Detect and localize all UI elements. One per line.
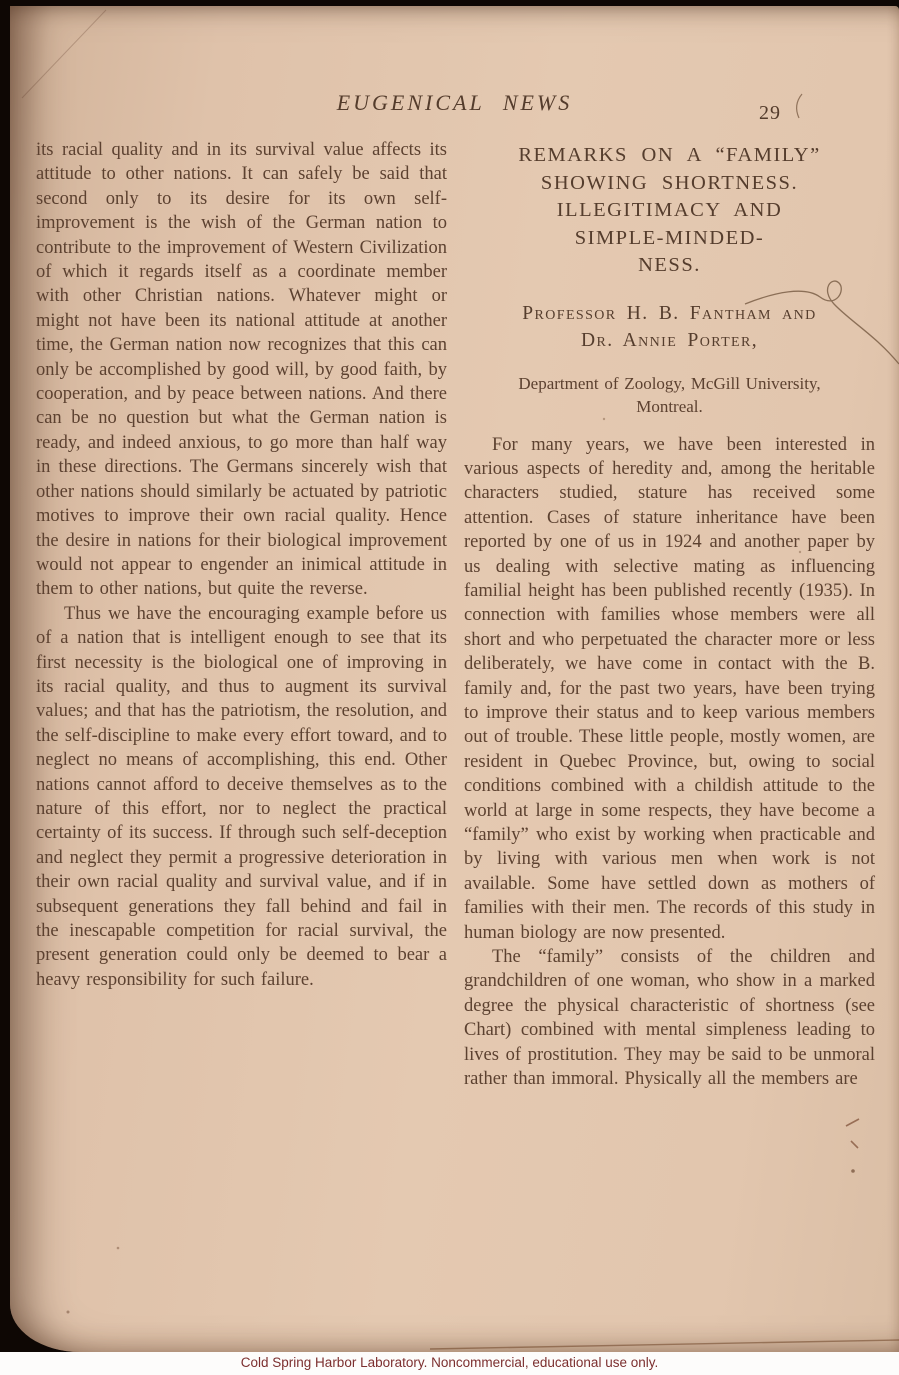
article-title: REMARKS ON A “FAMILY” SHOWING SHORTNESS.… <box>464 142 875 280</box>
scanned-book-spread: EUGENICAL NEWS 29 its racial quality and… <box>0 0 899 1375</box>
scan-artifact-crease <box>22 10 106 98</box>
body-paragraph: The “family” consists of the children an… <box>464 945 875 1091</box>
scan-artifact-speck <box>117 1247 120 1250</box>
author-byline: Professor H. B. Fantham and Dr. Annie Po… <box>464 300 875 354</box>
page-number: 29 <box>759 102 781 125</box>
scan-artifact-margin-mark <box>846 1119 859 1148</box>
article-title-line: SIMPLE-MINDED- <box>464 225 875 253</box>
scan-artifact-page-edge <box>430 1340 899 1349</box>
body-paragraph: For many years, we have been interested … <box>464 433 875 946</box>
author-name: Dr. Annie Porter, <box>464 327 875 354</box>
footer-credit-bar: Cold Spring Harbor Laboratory. Noncommer… <box>0 1352 899 1375</box>
two-column-layout: its racial quality and in its survival v… <box>36 138 875 1091</box>
author-affiliation: Department of Zoology, McGill University… <box>464 372 875 418</box>
scan-artifact-dot <box>851 1169 855 1173</box>
scan-artifact-speck <box>67 1311 70 1314</box>
book-page: EUGENICAL NEWS 29 its racial quality and… <box>10 6 899 1352</box>
credit-text: Cold Spring Harbor Laboratory. Noncommer… <box>241 1355 658 1370</box>
body-paragraph: Thus we have the encouraging example bef… <box>36 602 447 993</box>
article-title-line: ILLEGITIMACY AND <box>464 197 875 225</box>
article-title-line: NESS. <box>464 252 875 280</box>
article-title-line: SHOWING SHORTNESS. <box>464 170 875 198</box>
left-column: its racial quality and in its survival v… <box>36 138 447 1091</box>
article-title-line: REMARKS ON A “FAMILY” <box>464 142 875 170</box>
affiliation-line: Department of Zoology, McGill University… <box>464 372 875 395</box>
affiliation-line: Montreal. <box>464 395 875 418</box>
author-name: Professor H. B. Fantham and <box>464 300 875 327</box>
body-paragraph: its racial quality and in its survival v… <box>36 138 447 602</box>
right-column: REMARKS ON A “FAMILY” SHOWING SHORTNESS.… <box>464 138 875 1091</box>
